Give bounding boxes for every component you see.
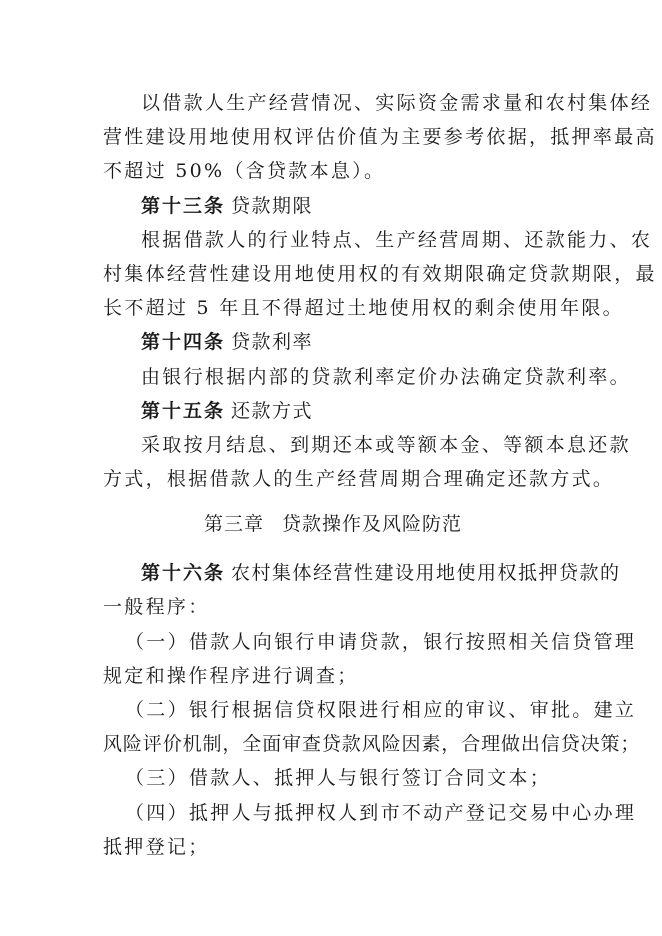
list-item-line: （四）抵押人与抵押权人到市不动产登记交易中心办理 <box>103 796 563 830</box>
paragraph-line: 方式，根据借款人的生产经营周期合理确定还款方式。 <box>103 462 563 496</box>
article-15-heading: 第十五条还款方式 <box>103 394 563 428</box>
article-13-heading: 第十三条贷款期限 <box>103 189 563 223</box>
chapter-number: 第三章 <box>204 513 264 535</box>
article-number: 第十三条 <box>141 195 225 217</box>
document-page: 以借款人生产经营情况、实际资金需求量和农村集体经 营性建设用地使用权评估价值为主… <box>103 86 563 864</box>
paragraph-line: 营性建设用地使用权评估价值为主要参考依据，抵押率最高 <box>103 120 563 154</box>
article-number: 第十四条 <box>141 331 225 353</box>
paragraph-line: 不超过 50%（含贷款本息）。 <box>103 154 563 188</box>
list-item-line: （二）银行根据信贷权限进行相应的审议、审批。建立 <box>103 693 563 727</box>
paragraph-line: 根据借款人的行业特点、生产经营周期、还款能力、农 <box>103 223 563 257</box>
chapter-heading: 第三章贷款操作及风险防范 <box>103 504 563 544</box>
paragraph-line: 长不超过 5 年且不得超过土地使用权的剩余使用年限。 <box>103 291 563 325</box>
article-title: 贷款期限 <box>231 195 313 217</box>
article-16-heading: 第十六条农村集体经营性建设用地使用权抵押贷款的 <box>103 556 563 590</box>
paragraph-line: 一般程序： <box>103 590 563 624</box>
article-title: 贷款利率 <box>231 331 313 353</box>
list-item-line: 抵押登记； <box>103 830 563 864</box>
list-item-line: 风险评价机制，全面审查贷款风险因素，合理做出信贷决策； <box>103 727 563 761</box>
article-number: 第十五条 <box>141 400 225 422</box>
chapter-title: 贷款操作及风险防范 <box>282 513 462 535</box>
paragraph-line: 采取按月结息、到期还本或等额本金、等额本息还款 <box>103 428 563 462</box>
paragraph-line: 村集体经营性建设用地使用权的有效期限确定贷款期限，最 <box>103 257 563 291</box>
list-item-line: 规定和操作程序进行调查； <box>103 659 563 693</box>
article-title: 农村集体经营性建设用地使用权抵押贷款的 <box>231 562 621 584</box>
list-item-line: （一）借款人向银行申请贷款，银行按照相关信贷管理 <box>103 625 563 659</box>
article-title: 还款方式 <box>231 400 313 422</box>
article-number: 第十六条 <box>141 562 225 584</box>
list-item-line: （三）借款人、抵押人与银行签订合同文本； <box>103 761 563 795</box>
article-14-heading: 第十四条贷款利率 <box>103 325 563 359</box>
paragraph-line: 以借款人生产经营情况、实际资金需求量和农村集体经 <box>103 86 563 120</box>
paragraph-line: 由银行根据内部的贷款利率定价办法确定贷款利率。 <box>103 360 563 394</box>
